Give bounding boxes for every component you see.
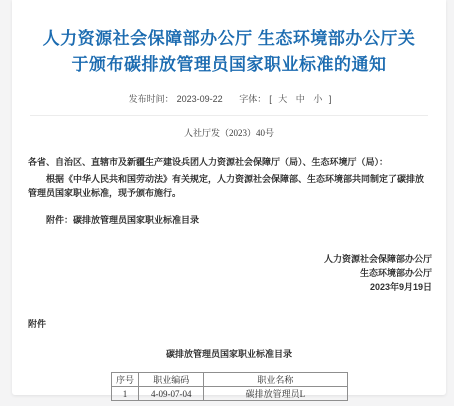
header-occupation-code: 职业编码 (139, 373, 204, 387)
cell-occupation-name: 碳排放管理员L (204, 387, 347, 401)
font-size-label: 字体： (239, 94, 266, 104)
font-size-controls: [ 大 中 小 ] (269, 94, 332, 104)
catalog-table-title: 碳排放管理员国家职业标准目录 (12, 347, 446, 360)
signature-org-1: 人力资源社会保障部办公厅 (12, 253, 432, 267)
signature-block: 人力资源社会保障部办公厅 生态环境部办公厅 2023年9月19日 (12, 253, 432, 295)
table-header-row: 序号 职业编码 职业名称 (111, 373, 347, 387)
cell-serial-number: 1 (111, 387, 139, 401)
publish-date: 2023-09-22 (177, 94, 223, 104)
table-row: 1 4-09-07-04 碳排放管理员L (111, 387, 347, 401)
signature-org-2: 生态环境部办公厅 (12, 267, 432, 281)
header-divider (30, 115, 428, 116)
cell-occupation-code: 4-09-07-04 (139, 387, 204, 401)
attachment-note: 附件：碳排放管理员国家职业标准目录 (28, 213, 430, 227)
page-title: 人力资源社会保障部办公厅 生态环境部办公厅关于颁布碳排放管理员国家职业标准的通知 (40, 26, 418, 79)
occupation-standard-table: 序号 职业编码 职业名称 1 4-09-07-04 碳排放管理员L (111, 372, 348, 401)
appendix-label: 附件 (28, 317, 446, 330)
notice-document-card: 人力资源社会保障部办公厅 生态环境部办公厅关于颁布碳排放管理员国家职业标准的通知… (12, 0, 446, 395)
signature-date: 2023年9月19日 (12, 281, 432, 295)
notice-body: 各省、自治区、直辖市及新疆生产建设兵团人力资源社会保障厅（局）、生态环境厅（局）… (28, 155, 430, 228)
font-size-medium-link[interactable]: 中 (296, 94, 306, 104)
bracket-close: ] (329, 94, 333, 104)
header-serial-number: 序号 (111, 373, 139, 387)
salutation-paragraph: 各省、自治区、直辖市及新疆生产建设兵团人力资源社会保障厅（局）、生态环境厅（局）… (28, 155, 430, 169)
publish-time-label: 发布时间： (129, 94, 174, 104)
document-number: 人社厅发（2023）40号 (12, 126, 446, 139)
header-occupation-name: 职业名称 (204, 373, 347, 387)
bracket-open: [ (269, 94, 273, 104)
font-size-small-link[interactable]: 小 (313, 94, 323, 104)
body-paragraph: 根据《中华人民共和国劳动法》有关规定，人力资源社会保障部、生态环境部共同制定了碳… (28, 172, 430, 201)
font-size-large-link[interactable]: 大 (278, 94, 288, 104)
meta-bar: 发布时间：2023-09-22 字体：[ 大 中 小 ] (12, 92, 446, 105)
